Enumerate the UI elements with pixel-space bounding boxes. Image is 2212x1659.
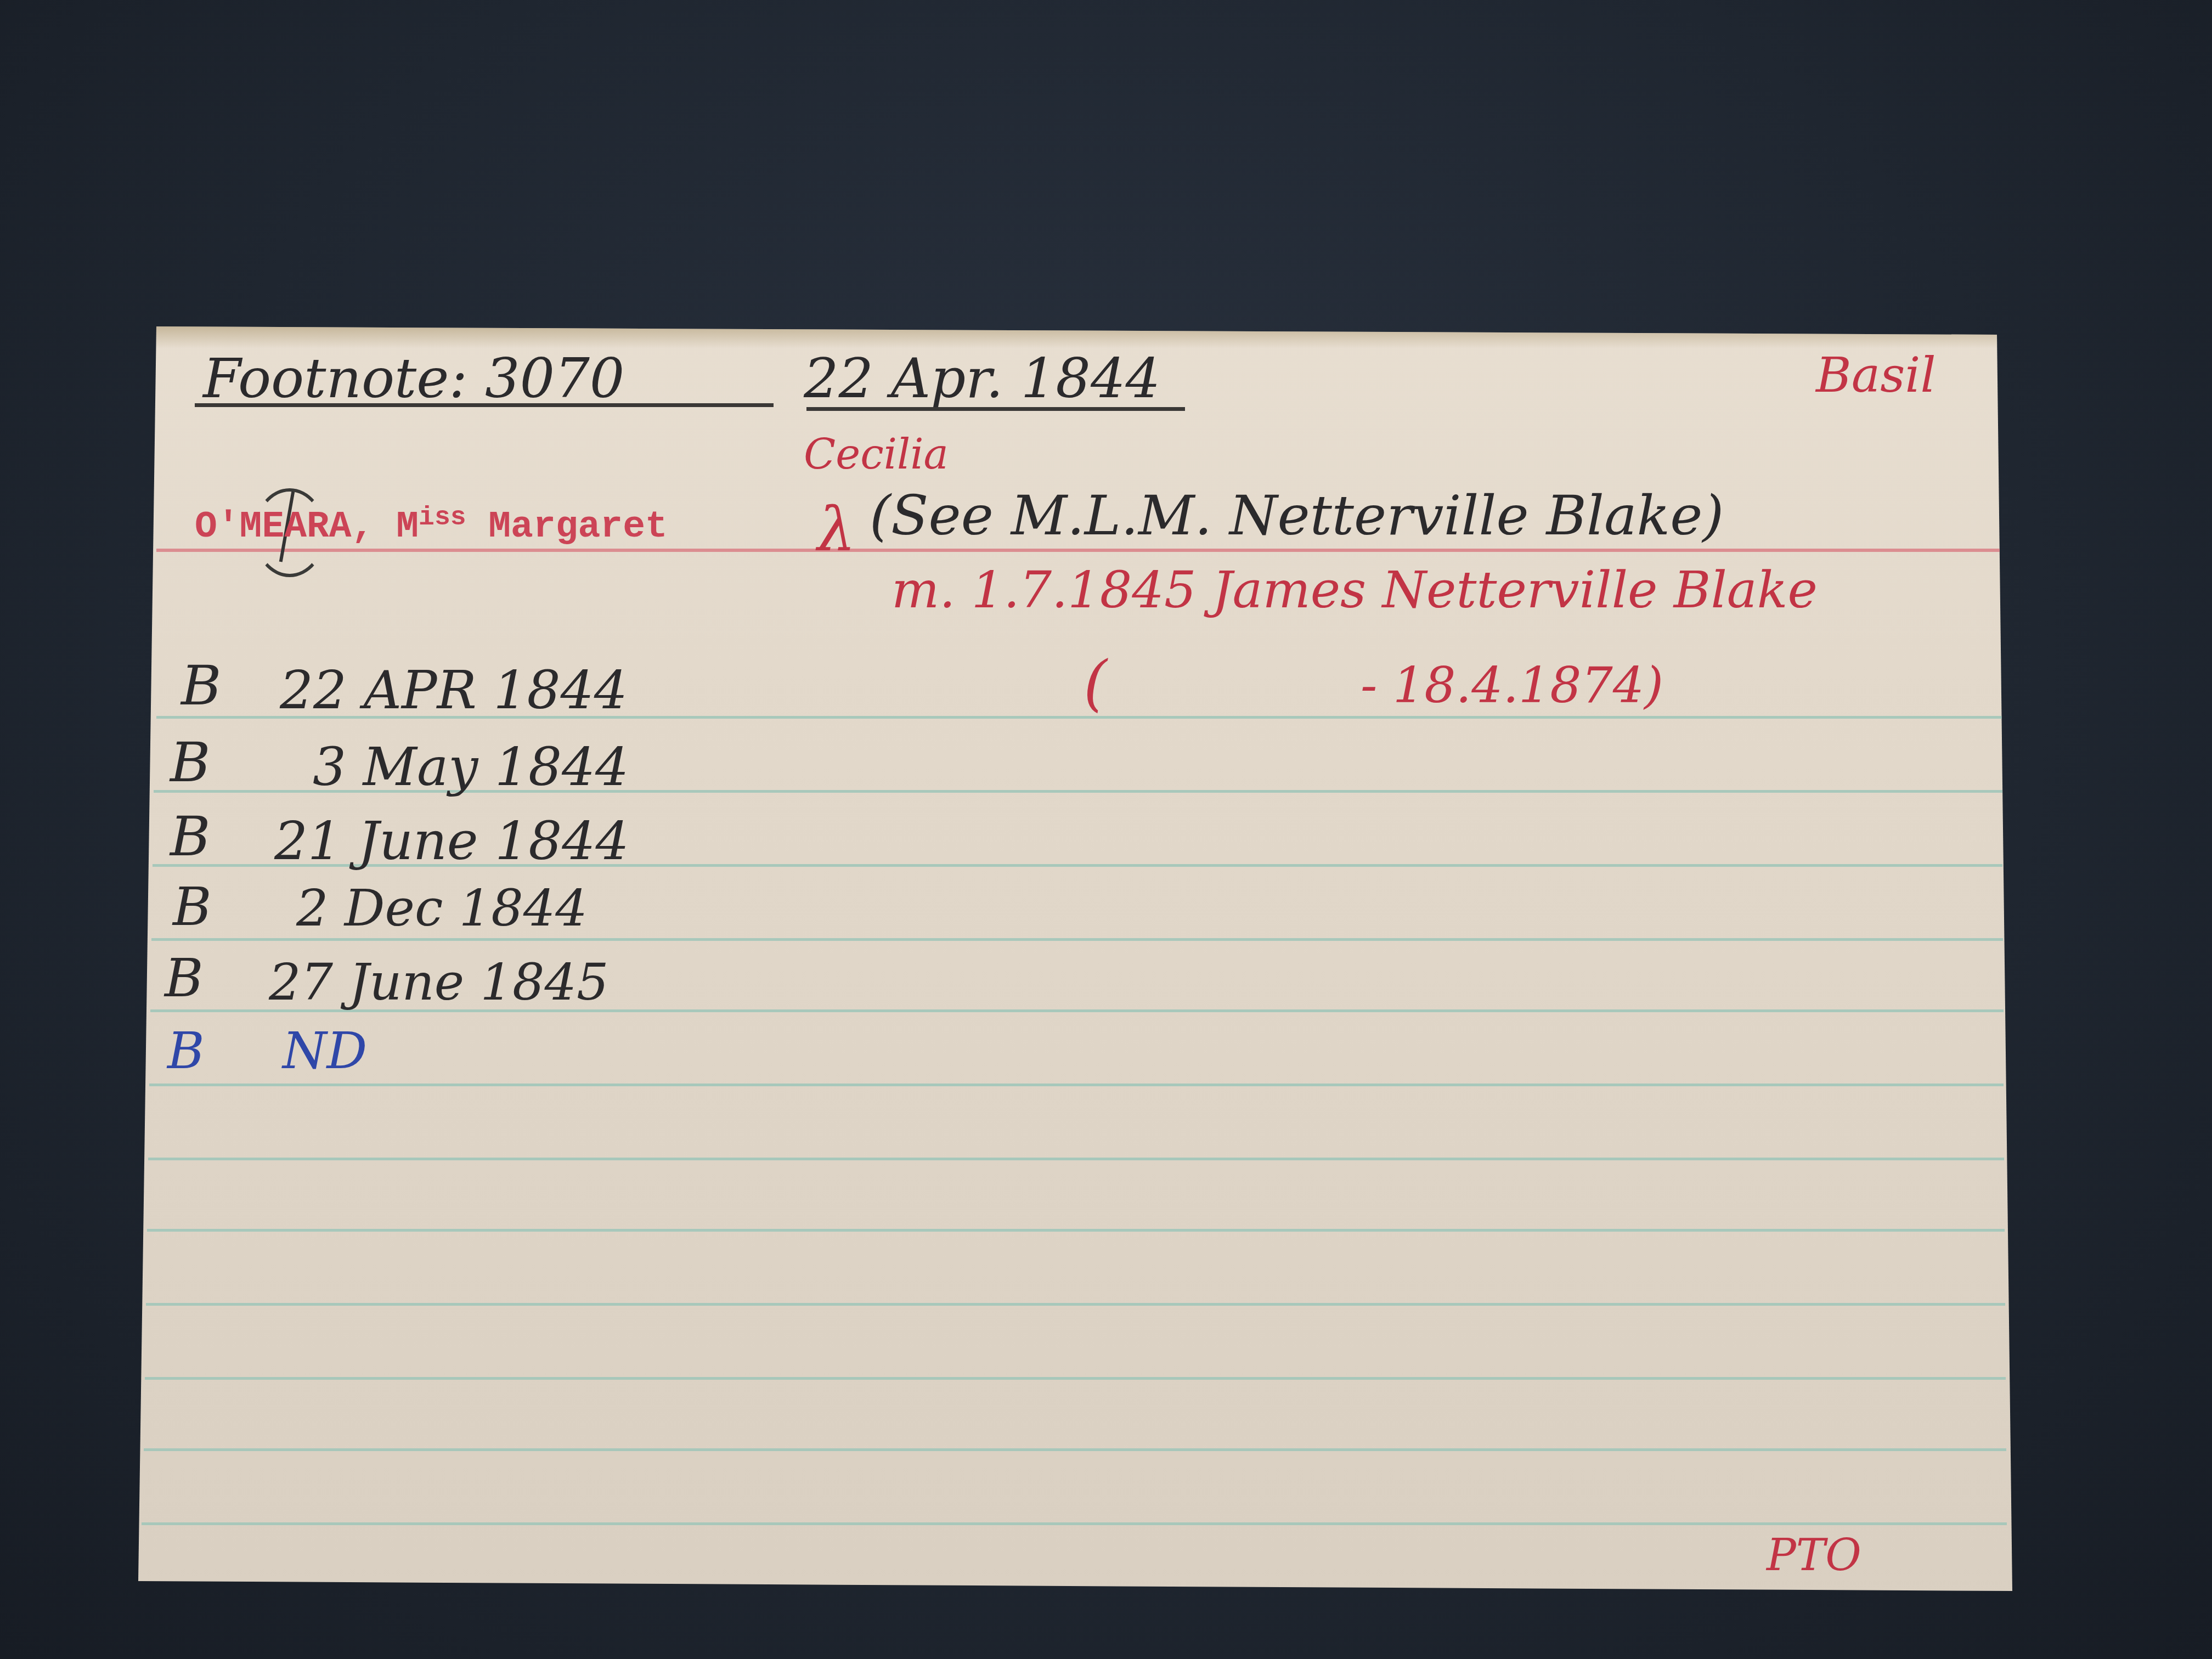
entry-date: 3 May 1844	[313, 741, 629, 793]
entry-type: B	[173, 881, 212, 933]
rule-line	[151, 938, 2003, 941]
title-prefix: M	[396, 506, 419, 548]
title-sup: iss	[419, 503, 466, 533]
rule-line	[148, 1158, 2004, 1160]
rule-line	[145, 1377, 2006, 1380]
insert-above-note: Cecilia	[804, 433, 949, 475]
entry-date: 21 June 1844	[274, 815, 629, 867]
entry-type: B	[181, 658, 222, 713]
corner-note: Basil	[1816, 351, 1936, 399]
rule-line	[142, 1522, 2007, 1525]
rule-line	[144, 1448, 2006, 1451]
lifespan-close: - 18.4.1874)	[1361, 661, 1663, 710]
rule-line	[149, 1084, 2004, 1086]
header-date: 22 Apr. 1844	[804, 351, 1160, 406]
entry-date: 27 June 1845	[269, 957, 609, 1008]
header-rule-red	[156, 549, 2000, 552]
entry-date: ND	[283, 1026, 367, 1076]
index-card: Footnote: 3070 22 Apr. 1844 Basil Cecili…	[0, 0, 2212, 1659]
rule-line	[146, 1303, 2005, 1306]
lifespan-open: (	[1084, 653, 1107, 713]
pto-note: PTO	[1767, 1533, 1861, 1577]
footnote-label: Footnote: 3070	[203, 351, 624, 406]
marriage-note: m. 1.7.1845 James Netterville Blake	[891, 565, 1818, 616]
rule-line	[147, 1229, 2005, 1232]
entry-type: B	[170, 735, 211, 790]
entry-date: 2 Dec 1844	[296, 883, 588, 934]
name-line: O'MEARA, Miss Margaret	[195, 505, 668, 546]
cross-reference: (See M.L.M. Netterville Blake)	[870, 488, 1724, 543]
age-stain	[156, 326, 2000, 348]
entry-type: B	[165, 952, 204, 1005]
date-underline	[806, 407, 1185, 411]
insert-caret-icon: λ	[817, 499, 856, 560]
given-name: Margaret	[488, 506, 667, 548]
footnote-underline	[195, 403, 774, 407]
surname: O'MEARA,	[195, 506, 374, 548]
entry-type: B	[167, 1026, 205, 1076]
entry-date: 22 APR 1844	[280, 664, 628, 716]
entry-type: B	[170, 809, 211, 864]
card-paper: Footnote: 3070 22 Apr. 1844 Basil Cecili…	[0, 0, 2212, 1659]
